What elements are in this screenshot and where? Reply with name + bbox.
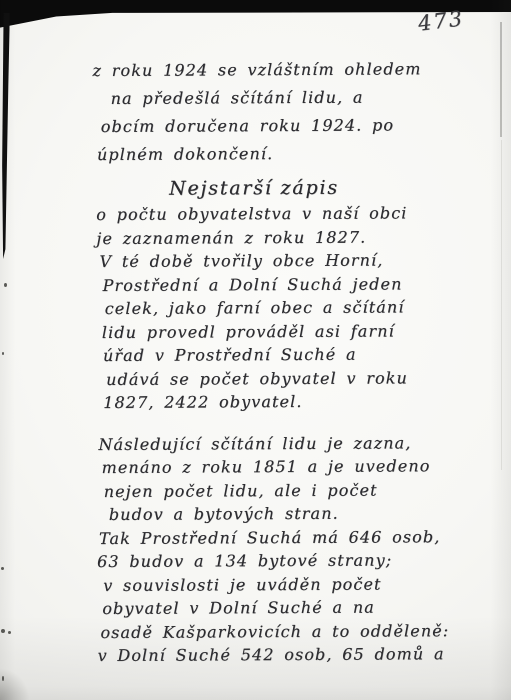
handwritten-line: Tak Prostřední Suchá má 646 osob, [99, 524, 498, 550]
handwritten-line: osadě Kašparkovicích a to odděleně: [100, 618, 498, 644]
handwritten-line: je zaznamenán z roku 1827. [96, 224, 496, 250]
paragraph-oldest-record: o počtu obyvatelstva v naší obci je zazn… [91, 201, 497, 415]
handwritten-line: úřad v Prostřední Suché a [103, 342, 497, 368]
handwritten-line: nejen počet lidu, ale i počet [104, 477, 498, 503]
page-number: 473 [417, 6, 466, 35]
page-edge-shadow-lower [501, 140, 502, 470]
handwritten-line: lidu provedl prováděl asi farní [102, 318, 497, 344]
scan-speck [1, 629, 5, 633]
handwritten-line: budov a bytových stran. [109, 501, 498, 527]
scan-speck [2, 352, 4, 355]
page-edge-shadow [500, 22, 502, 137]
corner-smudge [0, 668, 30, 700]
scan-speck [4, 283, 7, 287]
handwritten-line: udává se počet obyvatel v roku [106, 365, 497, 391]
handwritten-line: Následující sčítání lidu je zazna, [98, 430, 497, 456]
handwritten-line: v Dolní Suché 542 osob, 65 domů a [97, 642, 498, 668]
scan-speck [8, 631, 11, 634]
scan-artifact-left [1, 13, 10, 259]
handwritten-line: obcím doručena roku 1924. po [101, 111, 496, 141]
handwritten-line: obyvatel v Dolní Suché a na [102, 595, 498, 621]
handwritten-line: 1827, 2422 obyvatel. [103, 389, 497, 415]
handwritten-line: na předešlá sčítání lidu, a [111, 83, 496, 113]
handwritten-line: Prostřední a Dolní Suchá jeden [103, 271, 497, 297]
handwritten-line: úplném dokončení. [97, 139, 496, 169]
handwritten-line: z roku 1924 se vzláštním ohledem [92, 55, 495, 85]
paragraph-census-intro: z roku 1924 se vzláštním ohledem na před… [90, 55, 496, 169]
handwritten-line: V té době tvořily obce Horní, [99, 248, 496, 274]
handwritten-line: o počtu obyvatelstva v naší obci [96, 201, 496, 227]
handwritten-line: menáno z roku 1851 a je uvedeno [101, 454, 497, 480]
handwritten-line: celek, jako farní obec a sčítání [105, 295, 497, 321]
paragraph-1851-census: Následující sčítání lidu je zazna, menán… [92, 430, 498, 667]
handwriting-block: z roku 1924 se vzláštním ohledem na před… [90, 55, 498, 668]
scanned-document-page: 473 z roku 1924 se vzláštním ohledem na … [0, 0, 511, 700]
scan-speck [1, 567, 4, 570]
handwritten-line: v souvislosti je uváděn počet [103, 571, 498, 597]
section-heading: Nejstarší zápis [169, 173, 496, 203]
handwritten-line: 63 budov a 134 bytové strany; [97, 548, 498, 574]
